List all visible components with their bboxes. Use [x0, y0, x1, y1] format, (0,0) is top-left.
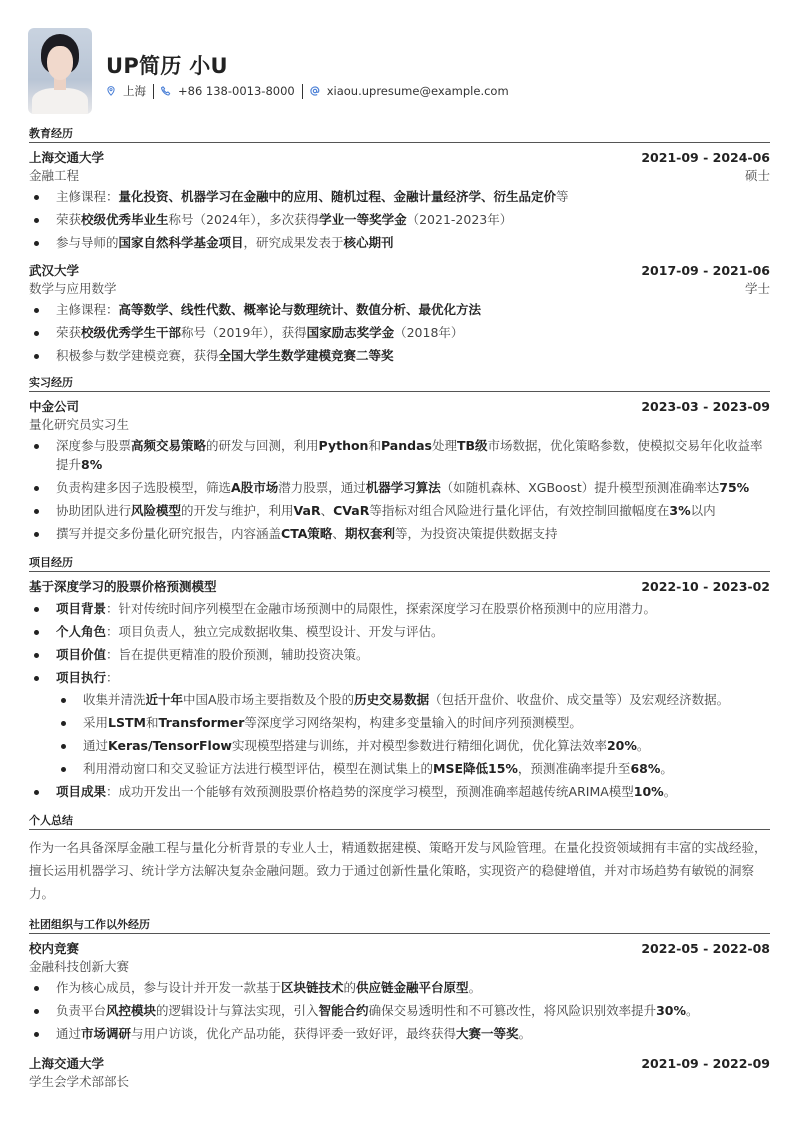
bullet-item: 个人角色：项目负责人，独立完成数据收集、模型设计、开发与评估。: [29, 622, 770, 641]
candidate-name: UP简历 小U: [106, 53, 509, 79]
emphasis-text: Pandas: [381, 438, 432, 453]
project-entry: 基于深度学习的股票价格预测模型 2022-10 - 2023-02 项目背景：针…: [29, 578, 770, 801]
divider: [153, 84, 154, 99]
bullet-list: 主修课程：高等数学、线性代数、概率论与数理统计、数值分析、最优化方法 荣获校级优…: [29, 300, 770, 365]
emphasis-text: 高等数学、线性代数、概率论与数理统计、数值分析、最优化方法: [119, 302, 482, 317]
bullet-item: 协助团队进行风险模型的开发与维护，利用VaR、CVaR等指标对组合风险进行量化评…: [29, 501, 770, 520]
bullet-list: 深度参与股票高频交易策略的研发与回测，利用Python和Pandas处理TB级市…: [29, 436, 770, 543]
location-text: 上海: [123, 83, 146, 99]
contact-line: 上海 +86 138-0013-8000 xiaou.upresume@exam…: [106, 83, 509, 99]
profile-photo: [28, 28, 92, 114]
email-link[interactable]: xiaou.upresume@example.com: [327, 84, 509, 98]
bullet-item: 荣获校级优秀毕业生称号（2024年），多次获得学业一等奖学金（2021-2023…: [29, 210, 770, 229]
school-name: 上海交通大学: [29, 149, 104, 167]
emphasis-text: 国家励志奖学金: [307, 325, 395, 340]
emphasis-text: LSTM: [108, 715, 146, 730]
summary-section: 个人总结 作为一名具备深厚金融工程与量化分析背景的专业人士，精通数据建模、策略开…: [29, 813, 770, 905]
bullet-item: 作为核心成员，参与设计并开发一款基于区块链技术的供应链金融平台原型。: [29, 978, 770, 997]
date-range: 2021-09 - 2022-09: [641, 1055, 770, 1073]
activity-org: 校内竞赛: [29, 940, 79, 958]
bullet-item: 参与导师的国家自然科学基金项目，研究成果发表于核心期刊: [29, 233, 770, 252]
emphasis-text: 项目价值: [56, 647, 106, 662]
emphasis-text: MSE降低15%: [433, 761, 518, 776]
emphasis-text: 项目背景: [56, 601, 106, 616]
emphasis-text: 近十年: [146, 692, 184, 707]
education-entry: 武汉大学 2017-09 - 2021-06 数学与应用数学 学士 主修课程：高…: [29, 262, 770, 365]
bullet-item: 项目背景：针对传统时间序列模型在金融市场预测中的局限性，探索深度学习在股票价格预…: [29, 599, 770, 618]
activities-section: 社团组织与工作以外经历 校内竞赛 2022-05 - 2022-08 金融科技创…: [29, 917, 770, 1090]
major: 金融工程: [29, 167, 79, 184]
resume-header: UP简历 小U 上海 +86 138-0013-8000 xiaou.upres…: [28, 28, 770, 114]
activity-role: 学生会学术部部长: [29, 1073, 129, 1090]
bullet-item: 项目成果：成功开发出一个能够有效预测股票价格趋势的深度学习模型，预测准确率超越传…: [29, 782, 770, 801]
emphasis-text: 风险模型: [131, 503, 181, 518]
section-title: 社团组织与工作以外经历: [29, 917, 770, 934]
emphasis-text: 智能合约: [319, 1003, 369, 1018]
date-range: 2021-09 - 2024-06: [641, 149, 770, 167]
school-name: 武汉大学: [29, 262, 79, 280]
emphasis-text: 个人角色: [56, 624, 106, 639]
emphasis-text: 历史交易数据: [354, 692, 429, 707]
emphasis-text: 10%: [634, 784, 664, 799]
section-title: 个人总结: [29, 813, 770, 830]
bullet-item: 深度参与股票高频交易策略的研发与回测，利用Python和Pandas处理TB级市…: [29, 436, 770, 474]
location-pin-icon: [106, 86, 116, 96]
emphasis-text: VaR: [294, 503, 321, 518]
resume-page: UP简历 小U 上海 +86 138-0013-8000 xiaou.upres…: [0, 0, 799, 1130]
emphasis-text: 20%: [607, 738, 637, 753]
emphasis-text: Transformer: [158, 715, 244, 730]
bullet-item: 荣获校级优秀学生干部称号（2019年），获得国家励志奖学金（2018年）: [29, 323, 770, 342]
at-sign-icon: [310, 86, 320, 96]
bullet-item: 撰写并提交多份量化研究报告，内容涵盖CTA策略、期权套利等，为投资决策提供数据支…: [29, 524, 770, 543]
emphasis-text: 期权套利: [345, 526, 395, 541]
summary-text: 作为一名具备深厚金融工程与量化分析背景的专业人士，精通数据建模、策略开发与风险管…: [29, 836, 770, 905]
contact-location: 上海: [106, 83, 146, 99]
bullet-list: 项目背景：针对传统时间序列模型在金融市场预测中的局限性，探索深度学习在股票价格预…: [29, 599, 770, 801]
divider: [302, 84, 303, 99]
sub-bullet-item: 利用滑动窗口和交叉验证方法进行模型评估，模型在测试集上的MSE降低15%，预测准…: [56, 759, 770, 778]
emphasis-text: 3%: [669, 503, 690, 518]
bullet-list: 主修课程：量化投资、机器学习在金融中的应用、随机过程、金融计量经济学、衍生品定价…: [29, 187, 770, 252]
emphasis-text: 项目成果: [56, 784, 106, 799]
bullet-list: 作为核心成员，参与设计并开发一款基于区块链技术的供应链金融平台原型。 负责平台风…: [29, 978, 770, 1043]
sub-bullet-list: 收集并清洗近十年中国A股市场主要指数及个股的历史交易数据（包括开盘价、收盘价、成…: [56, 690, 770, 778]
emphasis-text: A股市场: [231, 480, 278, 495]
phone-text[interactable]: +86 138-0013-8000: [178, 84, 295, 98]
company-name: 中金公司: [29, 398, 79, 416]
emphasis-text: 高频交易策略: [131, 438, 206, 453]
emphasis-text: 机器学习算法: [366, 480, 441, 495]
sub-bullet-item: 收集并清洗近十年中国A股市场主要指数及个股的历史交易数据（包括开盘价、收盘价、成…: [56, 690, 770, 709]
colon: ：: [106, 670, 119, 685]
section-title: 实习经历: [29, 375, 770, 392]
emphasis-text: 8%: [81, 457, 102, 472]
emphasis-text: 校级优秀学生干部: [81, 325, 181, 340]
emphasis-text: 市场调研: [81, 1026, 131, 1041]
emphasis-text: 学业一等奖学金: [319, 212, 407, 227]
major: 数学与应用数学: [29, 280, 117, 297]
emphasis-text: 区块链技术: [281, 980, 344, 995]
contact-phone: +86 138-0013-8000: [161, 84, 295, 98]
date-range: 2017-09 - 2021-06: [641, 262, 770, 280]
emphasis-text: TB级: [457, 438, 488, 453]
contact-email: xiaou.upresume@example.com: [310, 84, 509, 98]
bullet-item: 主修课程：高等数学、线性代数、概率论与数理统计、数值分析、最优化方法: [29, 300, 770, 319]
emphasis-text: 核心期刊: [344, 235, 394, 250]
bullet-item: 项目执行： 收集并清洗近十年中国A股市场主要指数及个股的历史交易数据（包括开盘价…: [29, 668, 770, 778]
emphasis-text: 供应链金融平台原型: [356, 980, 469, 995]
bullet-item: 主修课程：量化投资、机器学习在金融中的应用、随机过程、金融计量经济学、衍生品定价…: [29, 187, 770, 206]
section-title: 教育经历: [29, 126, 770, 143]
emphasis-text: 国家自然科学基金项目: [119, 235, 244, 250]
education-section: 教育经历 上海交通大学 2021-09 - 2024-06 金融工程 硕士 主修…: [29, 126, 770, 365]
internship-section: 实习经历 中金公司 2023-03 - 2023-09 量化研究员实习生 深度参…: [29, 375, 770, 543]
degree: 学士: [745, 280, 770, 297]
internship-entry: 中金公司 2023-03 - 2023-09 量化研究员实习生 深度参与股票高频…: [29, 398, 770, 543]
sub-bullet-item: 通过Keras/TensorFlow实现模型搭建与训练，并对模型参数进行精细化调…: [56, 736, 770, 755]
emphasis-text: 量化投资、机器学习在金融中的应用、随机过程、金融计量经济学、衍生品定价: [119, 189, 557, 204]
section-title: 项目经历: [29, 555, 770, 572]
execution-label: 项目执行: [56, 670, 106, 685]
projects-section: 项目经历 基于深度学习的股票价格预测模型 2022-10 - 2023-02 项…: [29, 555, 770, 801]
emphasis-text: 风控模块: [106, 1003, 156, 1018]
education-entry: 上海交通大学 2021-09 - 2024-06 金融工程 硕士 主修课程：量化…: [29, 149, 770, 252]
bullet-item: 积极参与数学建模竞赛，获得全国大学生数学建模竞赛二等奖: [29, 346, 770, 365]
date-range: 2023-03 - 2023-09: [641, 398, 770, 416]
activity-role: 金融科技创新大赛: [29, 958, 129, 975]
bullet-item: 负责构建多因子选股模型，筛选A股市场潜力股票，通过机器学习算法（如随机森林、XG…: [29, 478, 770, 497]
project-name: 基于深度学习的股票价格预测模型: [29, 578, 217, 596]
date-range: 2022-10 - 2023-02: [641, 578, 770, 596]
sub-bullet-item: 采用LSTM和Transformer等深度学习网络架构，构建多变量输入的时间序列…: [56, 713, 770, 732]
emphasis-text: Keras/TensorFlow: [108, 738, 232, 753]
phone-icon: [161, 86, 171, 96]
degree: 硕士: [745, 167, 770, 184]
emphasis-text: 校级优秀毕业生: [81, 212, 169, 227]
job-role: 量化研究员实习生: [29, 416, 129, 433]
emphasis-text: 68%: [630, 761, 660, 776]
emphasis-text: CTA策略: [281, 526, 332, 541]
date-range: 2022-05 - 2022-08: [641, 940, 770, 958]
activity-entry: 校内竞赛 2022-05 - 2022-08 金融科技创新大赛 作为核心成员，参…: [29, 940, 770, 1043]
emphasis-text: 大赛一等奖: [456, 1026, 519, 1041]
emphasis-text: 全国大学生数学建模竞赛二等奖: [219, 348, 394, 363]
emphasis-text: CVaR: [333, 503, 369, 518]
activity-org: 上海交通大学: [29, 1055, 104, 1073]
emphasis-text: Python: [319, 438, 369, 453]
emphasis-text: 75%: [719, 480, 749, 495]
bullet-item: 项目价值：旨在提供更精准的股价预测，辅助投资决策。: [29, 645, 770, 664]
bullet-item: 通过市场调研与用户访谈，优化产品功能，获得评委一致好评，最终获得大赛一等奖。: [29, 1024, 770, 1043]
activity-entry: 上海交通大学 2021-09 - 2022-09 学生会学术部部长: [29, 1055, 770, 1090]
emphasis-text: 30%: [656, 1003, 686, 1018]
bullet-item: 负责平台风控模块的逻辑设计与算法实现，引入智能合约确保交易透明性和不可篡改性，将…: [29, 1001, 770, 1020]
